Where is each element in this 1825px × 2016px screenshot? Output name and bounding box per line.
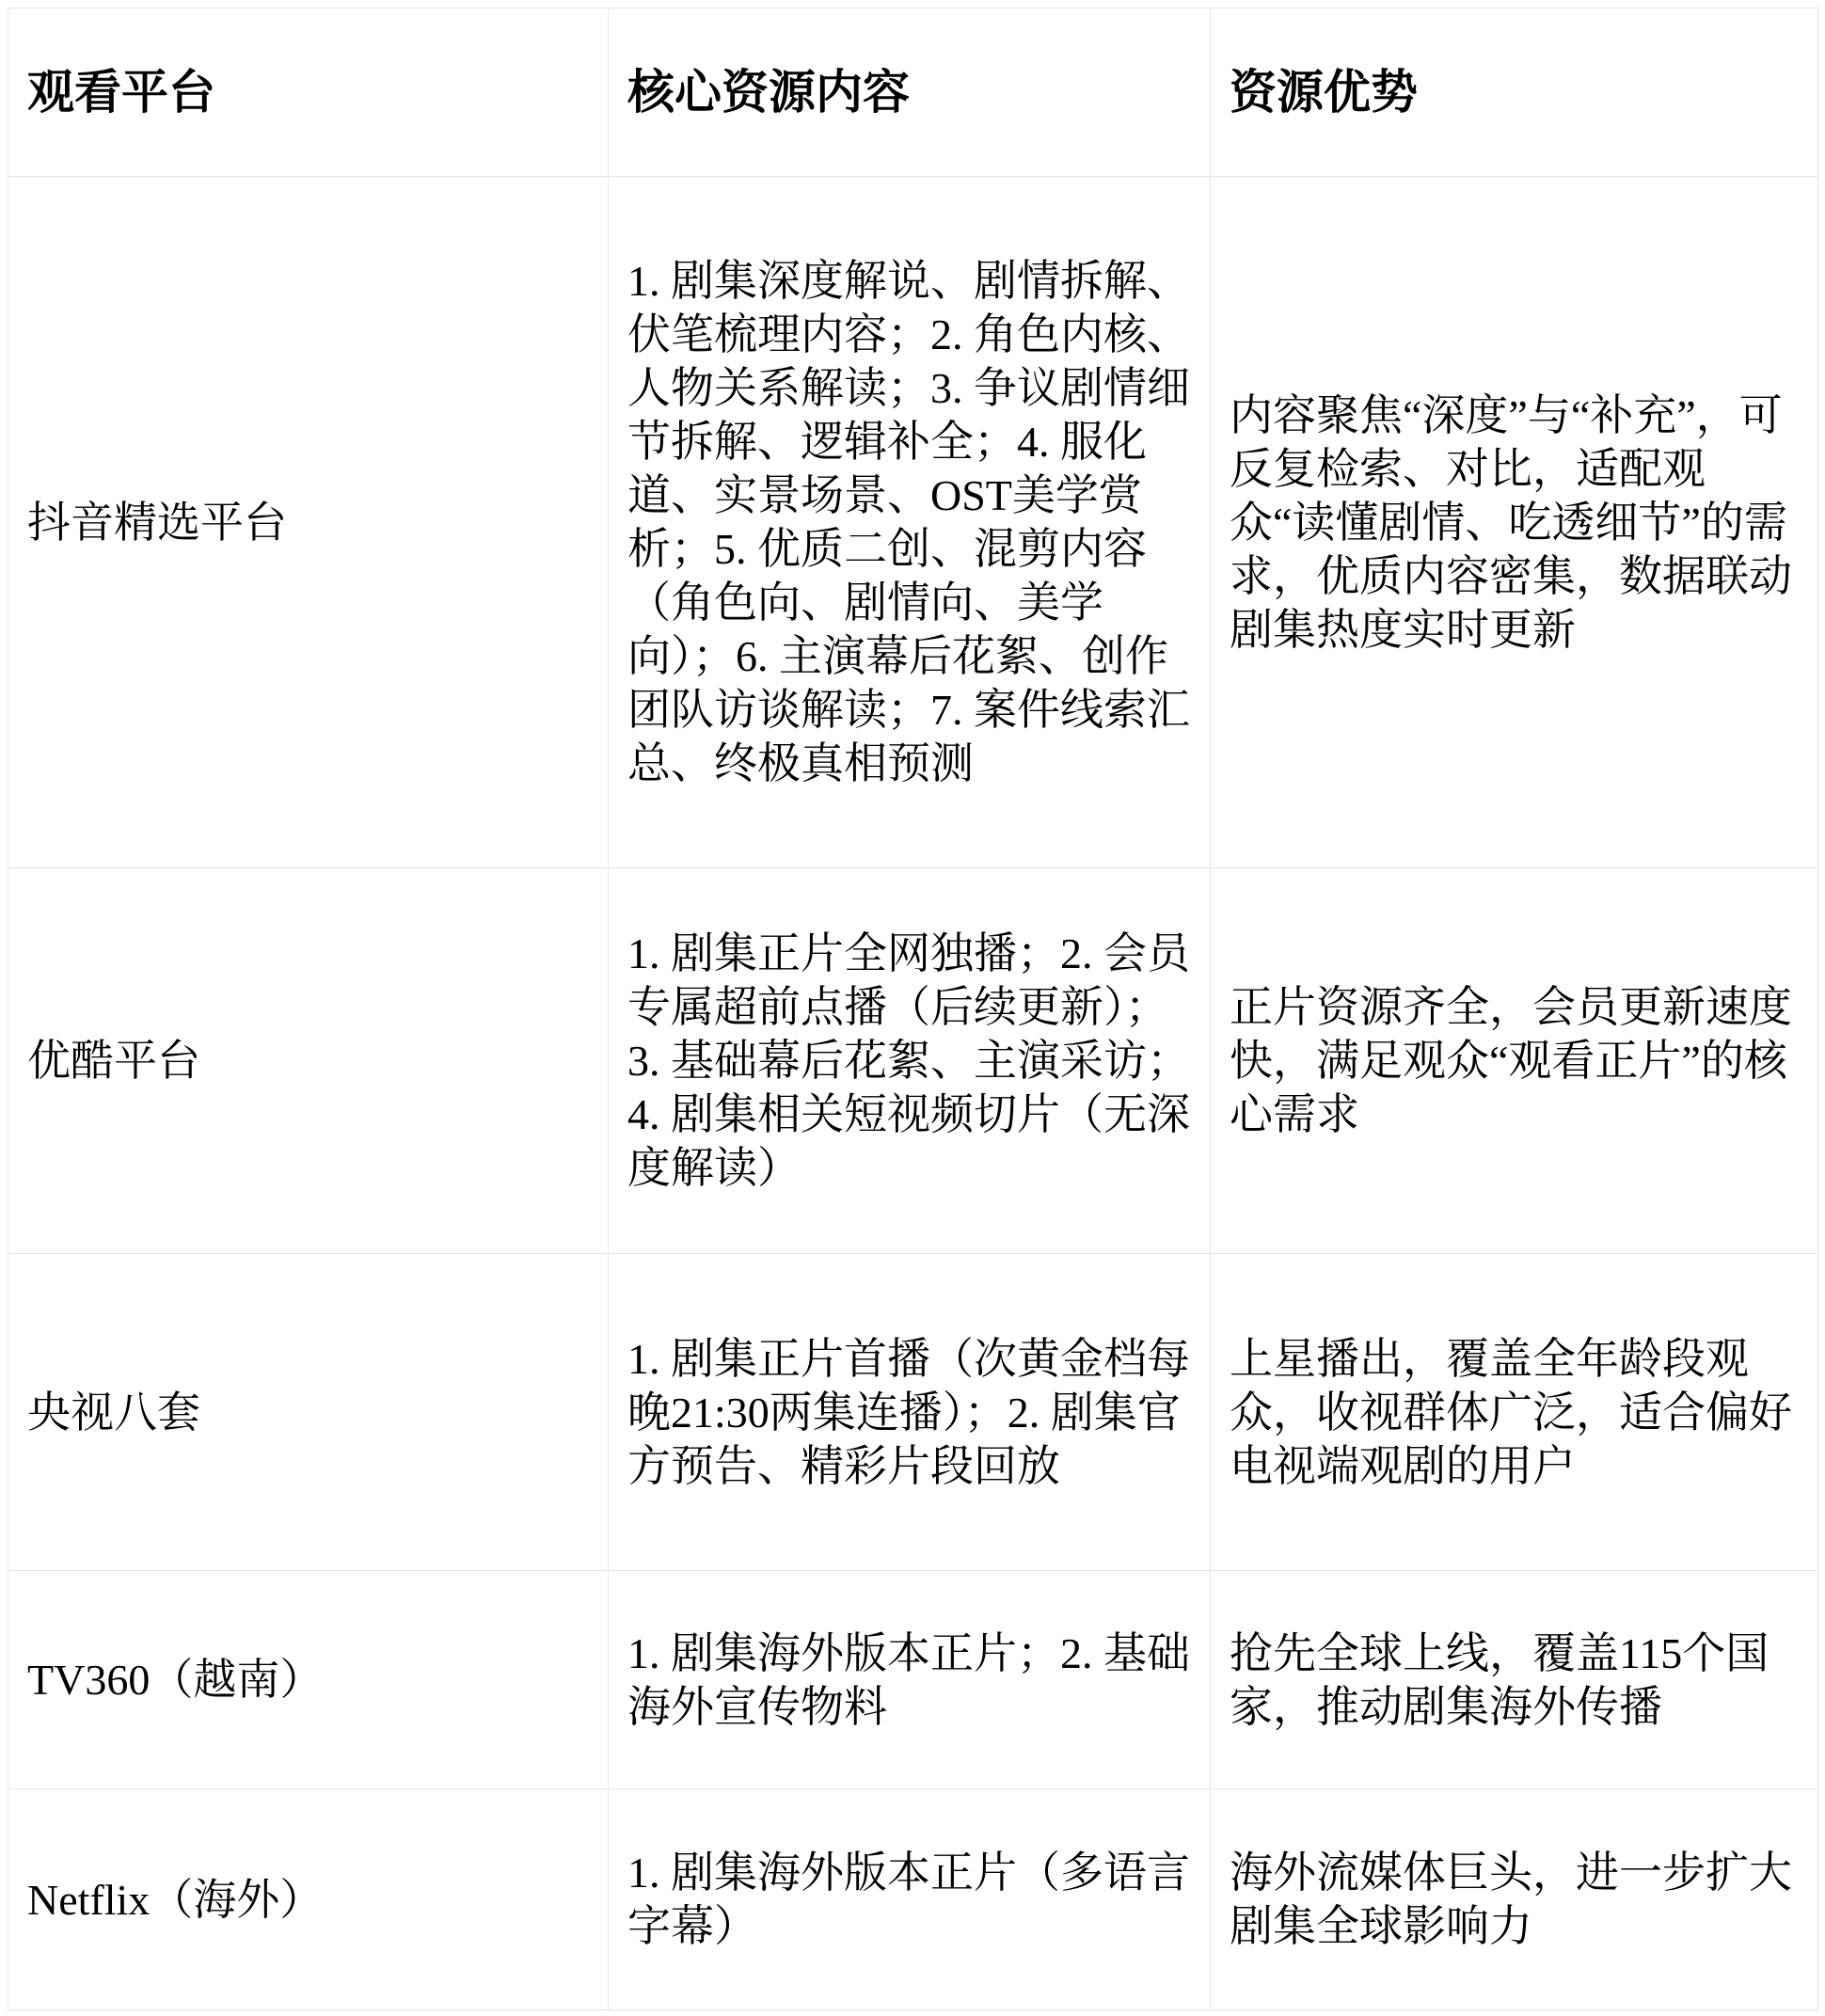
- row-netflix: Netflix（海外） 1. 剧集海外版本正片（多语言字幕） 海外流媒体巨头，进…: [8, 1789, 1818, 2010]
- content-cell: 1. 剧集正片首播（次黄金档每晚21:30两集连播）；2. 剧集官方预告、精彩片…: [609, 1254, 1211, 1571]
- header-content: 核心资源内容: [609, 8, 1211, 177]
- platform-cell: Netflix（海外）: [8, 1789, 609, 2010]
- platform-cell: TV360（越南）: [8, 1571, 609, 1789]
- content-cell: 1. 剧集海外版本正片；2. 基础海外宣传物料: [609, 1571, 1211, 1789]
- advantage-cell: 上星播出，覆盖全年龄段观众，收视群体广泛，适合偏好电视端观剧的用户: [1211, 1254, 1818, 1571]
- platform-cell: 央视八套: [8, 1254, 609, 1571]
- row-douyin: 抖音精选平台 1. 剧集深度解说、剧情拆解、伏笔梳理内容；2. 角色内核、人物关…: [8, 177, 1818, 868]
- header-advantage: 资源优势: [1211, 8, 1818, 177]
- content-cell: 1. 剧集海外版本正片（多语言字幕）: [609, 1789, 1211, 2010]
- row-cctv8: 央视八套 1. 剧集正片首播（次黄金档每晚21:30两集连播）；2. 剧集官方预…: [8, 1254, 1818, 1571]
- advantage-cell: 正片资源齐全，会员更新速度快，满足观众“观看正片”的核心需求: [1211, 868, 1818, 1254]
- header-platform: 观看平台: [8, 8, 609, 177]
- row-youku: 优酷平台 1. 剧集正片全网独播；2. 会员专属超前点播（后续更新）；3. 基础…: [8, 868, 1818, 1254]
- platform-resource-table: 观看平台 核心资源内容 资源优势 抖音精选平台 1. 剧集深度解说、剧情拆解、伏…: [8, 8, 1818, 2010]
- advantage-cell: 内容聚焦“深度”与“补充”，可反复检索、对比，适配观众“读懂剧情、吃透细节”的需…: [1211, 177, 1818, 868]
- advantage-cell: 抢先全球上线，覆盖115个国家，推动剧集海外传播: [1211, 1571, 1818, 1789]
- platform-cell: 优酷平台: [8, 868, 609, 1254]
- platform-cell: 抖音精选平台: [8, 177, 609, 868]
- header-row: 观看平台 核心资源内容 资源优势: [8, 8, 1818, 177]
- advantage-cell: 海外流媒体巨头，进一步扩大剧集全球影响力: [1211, 1789, 1818, 2010]
- content-cell: 1. 剧集深度解说、剧情拆解、伏笔梳理内容；2. 角色内核、人物关系解读；3. …: [609, 177, 1211, 868]
- content-cell: 1. 剧集正片全网独播；2. 会员专属超前点播（后续更新）；3. 基础幕后花絮、…: [609, 868, 1211, 1254]
- row-tv360: TV360（越南） 1. 剧集海外版本正片；2. 基础海外宣传物料 抢先全球上线…: [8, 1571, 1818, 1789]
